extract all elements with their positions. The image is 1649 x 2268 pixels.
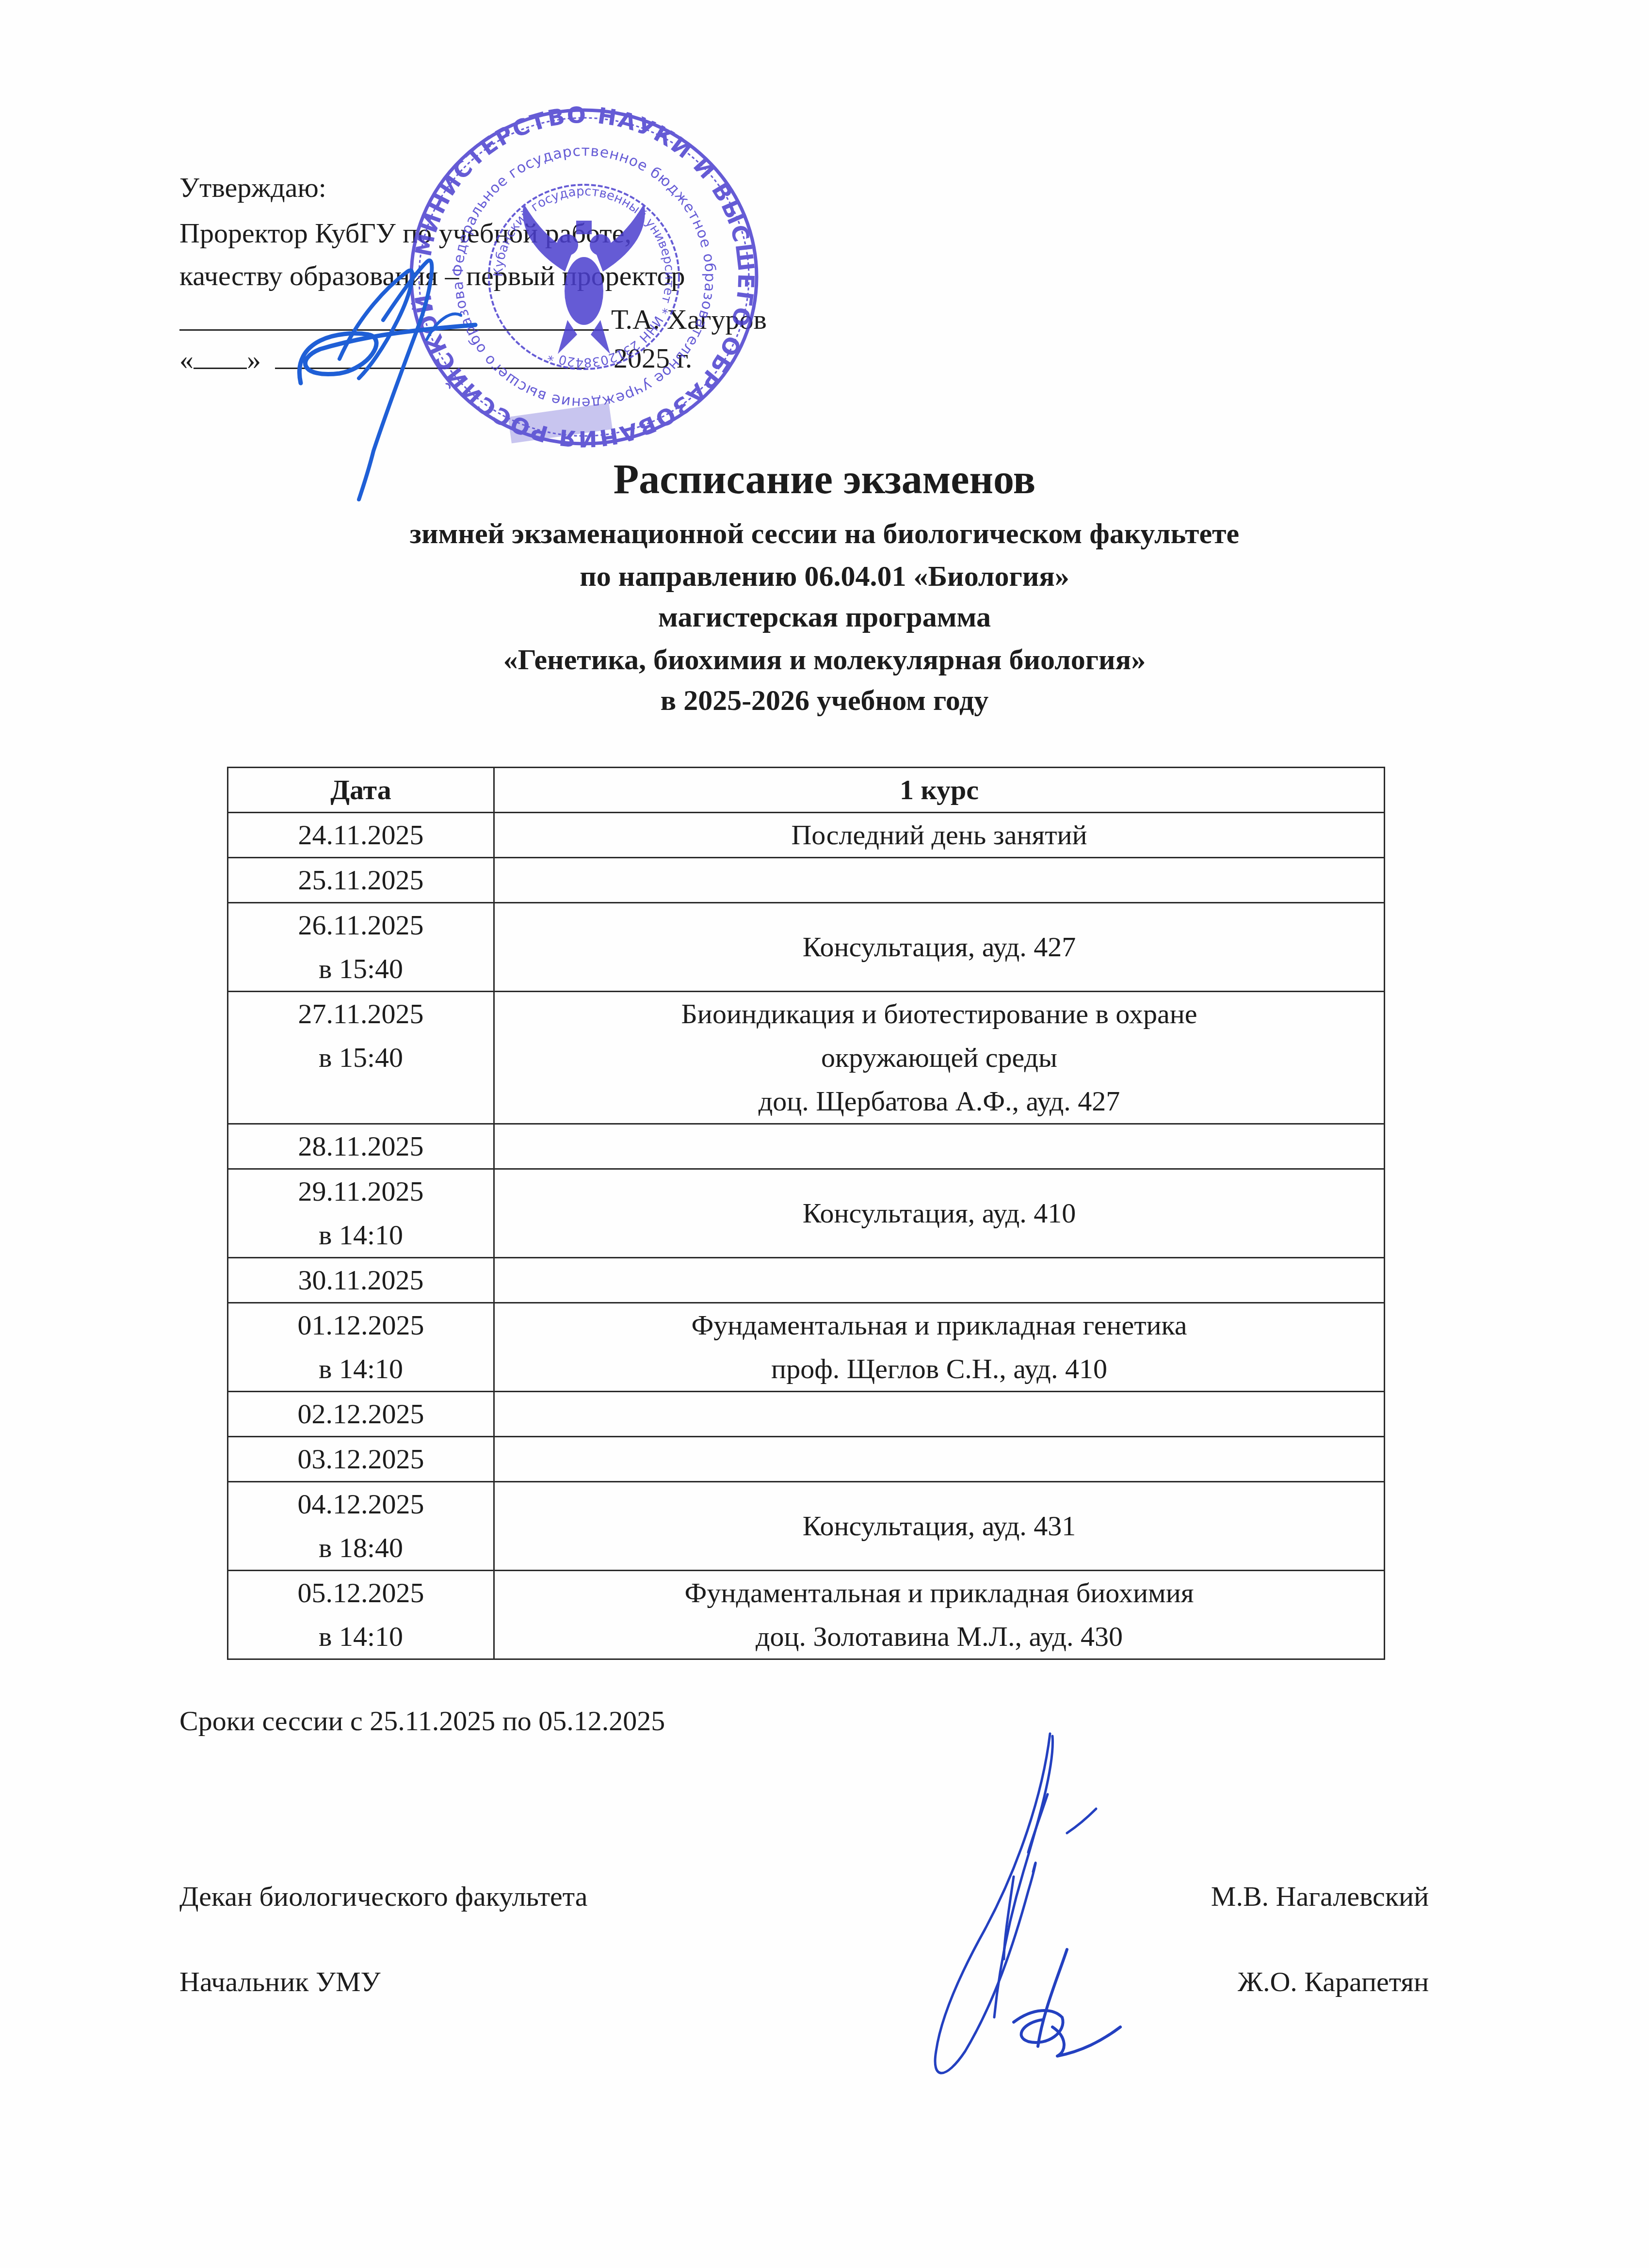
date-value: 25.11.2025 — [233, 858, 488, 902]
date-value: 02.12.2025 — [233, 1392, 488, 1436]
umu-signature-icon — [1014, 1949, 1120, 2056]
table-row: 29.11.2025в 14:10Консультация, ауд. 410 — [228, 1169, 1385, 1258]
table-row: 03.12.2025 — [228, 1437, 1385, 1482]
date-value: 05.12.2025 — [233, 1571, 488, 1615]
cell-date: 26.11.2025в 15:40 — [228, 903, 494, 992]
cell-event: Консультация, ауд. 431 — [494, 1482, 1385, 1571]
cell-event: Последний день занятий — [494, 813, 1385, 858]
approver-name: Т.А. Хагуров — [611, 306, 767, 334]
date-close-quote: » — [247, 344, 261, 375]
event-text: Консультация, ауд. 431 — [500, 1504, 1379, 1548]
subtitle-line: по направлению 06.04.01 «Биология» — [0, 562, 1649, 591]
event-text: Биоиндикация и биотестирование в охране — [500, 992, 1379, 1036]
page-title: Расписание экзаменов — [0, 458, 1649, 500]
signatory-role: Декан биологического факультета — [179, 1882, 588, 1911]
approval-heading: Утверждаю: — [179, 174, 326, 202]
signature-line — [179, 307, 609, 336]
cell-date: 05.12.2025в 14:10 — [228, 1571, 494, 1659]
cell-date: 02.12.2025 — [228, 1392, 494, 1437]
time-value: в 14:10 — [233, 1213, 488, 1257]
column-header-course: 1 курс — [494, 768, 1385, 813]
signatory-name: М.В. Нагалевский — [1211, 1882, 1429, 1911]
event-text: Консультация, ауд. 427 — [500, 925, 1379, 969]
cell-event — [494, 1437, 1385, 1482]
subtitle-line: зимней экзаменационной сессии на биологи… — [0, 519, 1649, 548]
table-row: 05.12.2025в 14:10Фундаментальная и прикл… — [228, 1571, 1385, 1659]
column-header-date: Дата — [228, 768, 494, 813]
cell-date: 03.12.2025 — [228, 1437, 494, 1482]
signatory-role: Начальник УМУ — [179, 1968, 381, 1996]
table-row: 28.11.2025 — [228, 1124, 1385, 1169]
cell-event — [494, 1258, 1385, 1303]
event-text: доц. Щербатова А.Ф., ауд. 427 — [500, 1079, 1379, 1123]
time-value: в 15:40 — [233, 947, 488, 991]
cell-date: 04.12.2025в 18:40 — [228, 1482, 494, 1571]
date-value: 27.11.2025 — [233, 992, 488, 1036]
event-text: проф. Щеглов С.Н., ауд. 410 — [500, 1347, 1379, 1391]
session-term: Сроки сессии с 25.11.2025 по 05.12.2025 — [179, 1707, 665, 1735]
exam-schedule-table: Дата 1 курс 24.11.2025Последний день зан… — [227, 767, 1385, 1660]
table-row: 30.11.2025 — [228, 1258, 1385, 1303]
table-header-row: Дата 1 курс — [228, 768, 1385, 813]
approver-position-line1: Проректор КубГУ по учебной работе, — [179, 219, 631, 247]
cell-event: Консультация, ауд. 427 — [494, 903, 1385, 992]
event-text: Последний день занятий — [500, 813, 1379, 857]
table-row: 02.12.2025 — [228, 1392, 1385, 1437]
event-text: Фундаментальная и прикладная генетика — [500, 1303, 1379, 1347]
table-row: 24.11.2025Последний день занятий — [228, 813, 1385, 858]
table-row: 26.11.2025в 15:40Консультация, ауд. 427 — [228, 903, 1385, 992]
date-open-quote: « — [179, 344, 194, 375]
subtitle-line: в 2025-2026 учебном году — [0, 686, 1649, 715]
cell-date: 27.11.2025в 15:40 — [228, 992, 494, 1124]
event-text: Фундаментальная и прикладная биохимия — [500, 1571, 1379, 1615]
signatory-name: Ж.О. Карапетян — [1238, 1968, 1429, 1996]
month-blank — [275, 345, 585, 369]
cell-event — [494, 1392, 1385, 1437]
cell-event: Фундаментальная и прикладная генетикапро… — [494, 1303, 1385, 1392]
cell-event — [494, 858, 1385, 903]
cell-date: 29.11.2025в 14:10 — [228, 1169, 494, 1258]
signature-underline — [179, 307, 609, 331]
cell-date: 24.11.2025 — [228, 813, 494, 858]
cell-event — [494, 1124, 1385, 1169]
date-value: 01.12.2025 — [233, 1303, 488, 1347]
date-value: 30.11.2025 — [233, 1258, 488, 1302]
date-value: 24.11.2025 — [233, 813, 488, 857]
day-blank — [194, 345, 247, 369]
approval-date-line: «» — [179, 345, 585, 374]
date-value: 29.11.2025 — [233, 1170, 488, 1213]
table-row: 01.12.2025в 14:10Фундаментальная и прикл… — [228, 1303, 1385, 1392]
table-row: 27.11.2025в 15:40Биоиндикация и биотести… — [228, 992, 1385, 1124]
cell-event: Биоиндикация и биотестирование в охранео… — [494, 992, 1385, 1124]
time-value: в 14:10 — [233, 1615, 488, 1658]
document-page: Утверждаю: Проректор КубГУ по учебной ра… — [0, 0, 1649, 2268]
cell-date: 25.11.2025 — [228, 858, 494, 903]
date-value: 26.11.2025 — [233, 903, 488, 947]
cell-date: 30.11.2025 — [228, 1258, 494, 1303]
date-value: 28.11.2025 — [233, 1125, 488, 1168]
table-row: 04.12.2025в 18:40Консультация, ауд. 431 — [228, 1482, 1385, 1571]
time-value: в 18:40 — [233, 1526, 488, 1570]
dean-signature-icon — [935, 1734, 1096, 2073]
cell-event: Фундаментальная и прикладная биохимиядоц… — [494, 1571, 1385, 1659]
date-value: 03.12.2025 — [233, 1437, 488, 1481]
cell-date: 01.12.2025в 14:10 — [228, 1303, 494, 1392]
date-value: 04.12.2025 — [233, 1482, 488, 1526]
event-text: окружающей среды — [500, 1036, 1379, 1079]
event-text: доц. Золотавина М.Л., ауд. 430 — [500, 1615, 1379, 1658]
approver-position-line2: качеству образования – первый проректор — [179, 262, 685, 290]
time-value: в 14:10 — [233, 1347, 488, 1391]
table-row: 25.11.2025 — [228, 858, 1385, 903]
subtitle-line: «Генетика, биохимия и молекулярная биоло… — [0, 645, 1649, 674]
time-value: в 15:40 — [233, 1036, 488, 1079]
cell-date: 28.11.2025 — [228, 1124, 494, 1169]
cell-event: Консультация, ауд. 410 — [494, 1169, 1385, 1258]
subtitle-line: магистерская программа — [0, 602, 1649, 631]
approval-year: 2025 г. — [614, 344, 692, 372]
event-text: Консультация, ауд. 410 — [500, 1191, 1379, 1235]
